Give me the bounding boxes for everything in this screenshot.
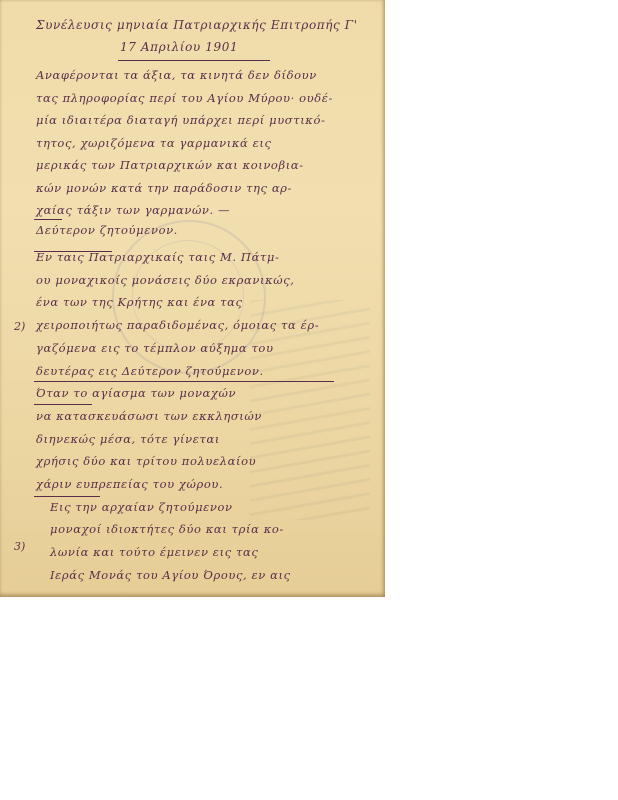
date-underline bbox=[118, 60, 270, 61]
letter-heading: Συνέλευσις μηνιαία Πατριαρχικής Επιτροπή… bbox=[36, 18, 358, 32]
letter-line: χρήσις δύο και τρίτου πολυελαίου bbox=[36, 454, 256, 468]
underline-mark bbox=[34, 496, 100, 497]
divider-mark bbox=[34, 219, 62, 220]
letter-line: μοναχοί ιδιοκτήτες δύο και τρία κο- bbox=[50, 522, 284, 536]
underline-mark bbox=[34, 381, 334, 382]
letter-line: ου μοναχικοίς μονάσεις δύο εκρανικώς, bbox=[36, 273, 295, 287]
letter-date: 17 Απριλίου 1901 bbox=[120, 40, 238, 54]
letter-line: μερικάς των Πατριαρχικών και κοινοβια- bbox=[36, 158, 304, 172]
letter-line: γαζόμενα εις το τέμπλον αύξημα του bbox=[36, 341, 274, 355]
letter-line: τητος, χωριζόμενα τα γαρμανικά εις bbox=[36, 136, 272, 150]
letter-line: χάριν ευπρεπείας του χώρου. bbox=[36, 477, 223, 491]
margin-note: 2) bbox=[14, 320, 25, 333]
letter-line: Εν ταις Πατριαρχικαίς ταις Μ. Πάτμ- bbox=[36, 250, 279, 264]
section-underline bbox=[34, 251, 112, 252]
letter-line: χειροποιήτως παραδιδομένας, όμοιας τα έρ… bbox=[36, 318, 319, 332]
margin-note: 3) bbox=[14, 540, 25, 553]
letter-line: ένα των της Κρήτης και ένα τας bbox=[36, 295, 243, 309]
letter-line: χαίας τάξιν των γαρμανών. — bbox=[36, 203, 230, 217]
scanned-letter-page: Συνέλευσις μηνιαία Πατριαρχικής Επιτροπή… bbox=[0, 0, 385, 597]
letter-line: μία ιδιαιτέρα διαταγή υπάρχει περί μυστι… bbox=[36, 113, 325, 127]
section-heading: Δεύτερον ζητούμενον. bbox=[36, 223, 178, 237]
letter-line: δευτέρας εις Δεύτερον ζητούμενον. bbox=[36, 364, 264, 378]
letter-line: λωνία και τούτο έμεινεν εις τας bbox=[50, 545, 258, 559]
letter-line: Ιεράς Μονάς του Αγίου Όρους, εν αις bbox=[50, 568, 291, 582]
letter-line: Όταν το αγίασμα των μοναχών bbox=[36, 386, 236, 400]
letter-line: τας πληροφορίας περί του Αγίου Μύρου· ου… bbox=[36, 91, 333, 105]
letter-line: διηνεκώς μέσα, τότε γίνεται bbox=[36, 432, 220, 446]
letter-line: να κατασκευάσωσι των εκκλησιών bbox=[36, 409, 262, 423]
letter-line: Εις την αρχαίαν ζητούμενον bbox=[50, 500, 233, 514]
letter-line: Αναφέρονται τα άξια, τα κινητά δεν δίδου… bbox=[36, 68, 317, 82]
underline-mark bbox=[34, 404, 92, 405]
letter-line: κών μονών κατά την παράδοσιν της αρ- bbox=[36, 181, 292, 195]
ink-bleed-through bbox=[250, 300, 370, 520]
